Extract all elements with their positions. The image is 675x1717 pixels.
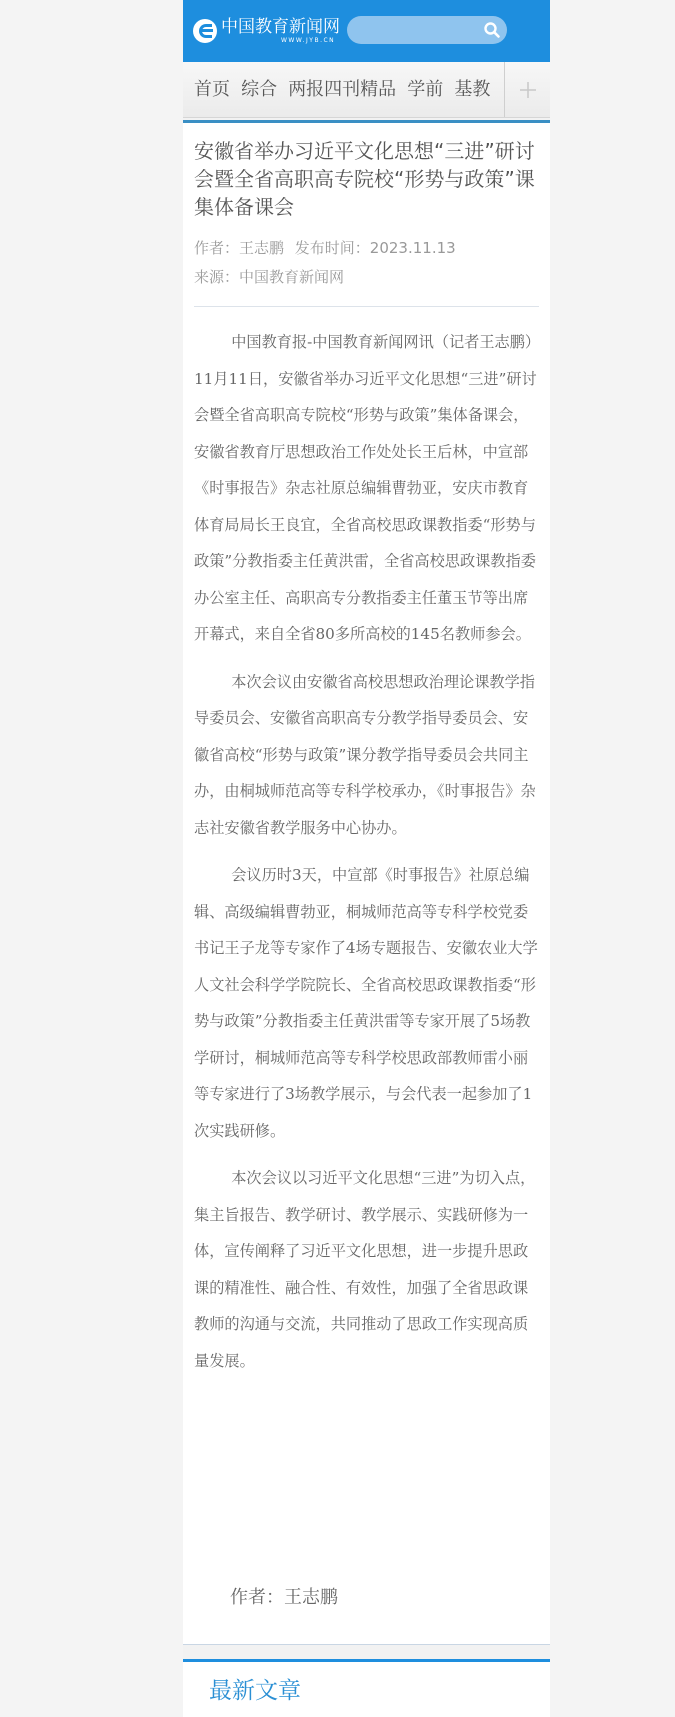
page-column: 中国教育新闻网 WWW.JYB.CN 首页 综合 两报四刊精品 学前 基教 高: [183, 0, 550, 1717]
article-paragraph: 会议历时3天，中宣部《时事报告》社原总编辑、高级编辑曹勃亚，桐城师范高等专科学校…: [194, 857, 539, 1149]
search-icon[interactable]: [483, 21, 501, 39]
nav-item-basic-education[interactable]: 基教: [454, 62, 490, 117]
nav-item-general[interactable]: 综合: [241, 62, 277, 117]
article-source: 来源：中国教育新闻网: [194, 268, 344, 286]
site-logo[interactable]: 中国教育新闻网 WWW.JYB.CN: [193, 14, 340, 48]
article-author: 作者：王志鹏: [194, 239, 284, 257]
article-paragraph: 中国教育报-中国教育新闻网讯（记者王志鹏）11月11日，安徽省举办习近平文化思想…: [194, 324, 539, 653]
logo-icon: [193, 19, 217, 43]
article-body: 中国教育报-中国教育新闻网讯（记者王志鹏）11月11日，安徽省举办习近平文化思想…: [194, 324, 539, 1390]
logo-url: WWW.JYB.CN: [281, 38, 340, 44]
plus-icon: [519, 81, 537, 99]
article-paragraph: 本次会议由安徽省高校思想政治理论课教学指导委员会、安徽省高职高专分教学指导委员会…: [194, 664, 539, 847]
search-input[interactable]: [347, 16, 477, 44]
meta-divider: [194, 306, 539, 307]
nav-item-preschool[interactable]: 学前: [407, 62, 443, 117]
article-footer-author: 作者：王志鹏: [230, 1583, 338, 1609]
article-paragraph: 本次会议以习近平文化思想“三进”为切入点，集主旨报告、教学研讨、教学展示、实践研…: [194, 1160, 539, 1379]
search-box[interactable]: [347, 16, 507, 44]
article-title: 安徽省举办习近平文化思想“三进”研讨会暨全省高职高专院校“形势与政策”课集体备课…: [194, 137, 539, 221]
nav-item-featured[interactable]: 两报四刊精品: [288, 62, 396, 117]
more-channels-button[interactable]: [504, 62, 550, 117]
latest-articles-section: 最新文章: [183, 1659, 550, 1717]
article-card: 安徽省举办习近平文化思想“三进”研讨会暨全省高职高专院校“形势与政策”课集体备课…: [183, 120, 550, 1645]
site-header: 中国教育新闻网 WWW.JYB.CN: [183, 0, 550, 62]
nav-item-home[interactable]: 首页: [194, 62, 230, 117]
channel-nav: 首页 综合 两报四刊精品 学前 基教 高: [183, 62, 550, 118]
article-publish-date: 发布时间：2023.11.13: [295, 239, 456, 257]
article-meta: 作者：王志鹏 发布时间：2023.11.13 来源：中国教育新闻网: [194, 234, 462, 292]
logo-text: 中国教育新闻网: [221, 19, 340, 36]
latest-articles-heading: 最新文章: [209, 1672, 301, 1705]
